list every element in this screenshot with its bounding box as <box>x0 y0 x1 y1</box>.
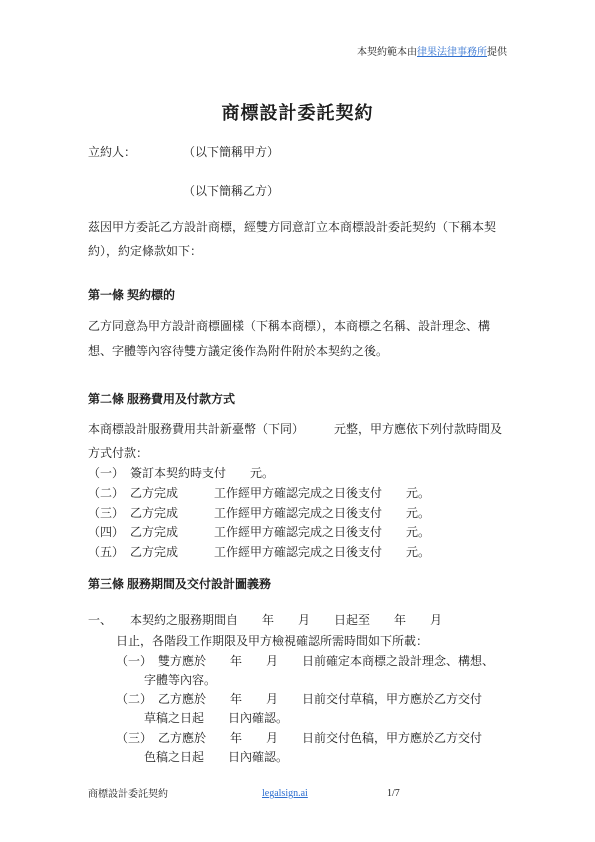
footer-doc-name: 商標設計委託契約 <box>88 788 168 801</box>
party-a-note: （以下簡稱甲方） <box>183 145 279 160</box>
payment-item-1: （一） 簽訂本契約時支付 元。 <box>88 466 274 481</box>
article2-intro-line-2: 方式付款： <box>88 446 148 461</box>
article1-line-1: 乙方同意為甲方設計商標圖樣（下稱本商標），本商標之名稱、設計理念、構 <box>88 319 490 334</box>
article2-heading: 第二條 服務費用及付款方式 <box>88 392 235 407</box>
provider-link[interactable]: 律果法律事務所 <box>417 47 487 58</box>
article3-subitem-2-line-1: （二） 乙方應於 年 月 日前交付草稿，甲方應於乙方交付 <box>116 692 482 707</box>
page-number: 1/7 <box>387 787 400 800</box>
article3-heading: 第三條 服務期間及交付設計圖義務 <box>88 577 271 592</box>
payment-item-5: （五） 乙方完成 工作經甲方確認完成之日後支付 元。 <box>88 545 430 560</box>
article3-subitem-3-line-1: （三） 乙方應於 年 月 日前交付色稿，甲方應於乙方交付 <box>116 731 482 746</box>
article1-line-2: 想、字體等內容待雙方議定後作為附件附於本契約之後。 <box>88 344 388 359</box>
payment-item-4: （四） 乙方完成 工作經甲方確認完成之日後支付 元。 <box>88 525 430 540</box>
document-title: 商標設計委託契約 <box>0 99 595 125</box>
header-attribution-suffix: 提供 <box>487 47 507 58</box>
party-label: 立約人： <box>88 145 136 160</box>
party-b-note: （以下簡稱乙方） <box>183 184 279 199</box>
article3-clause1-line-1: 一、 本契約之服務期間自 年 月 日起至 年 月 <box>88 613 442 628</box>
article3-subitem-2-line-2: 草稿之日起 日內確認。 <box>144 711 288 726</box>
article3-clause1-line-2: 日止，各階段工作期限及甲方檢視確認所需時間如下所載： <box>116 634 428 649</box>
article3-subitem-1-line-2: 字體等內容。 <box>144 673 216 688</box>
preamble-line-1: 茲因甲方委託乙方設計商標，經雙方同意訂立本商標設計委託契約（下稱本契 <box>88 220 496 235</box>
article1-heading: 第一條 契約標的 <box>88 288 175 303</box>
header-attribution: 本契約範本由律果法律事務所提供 <box>357 43 507 58</box>
preamble-line-2: 約），約定條款如下： <box>88 244 202 259</box>
article2-intro-line-1: 本商標設計服務費用共計新臺幣（下同） 元整，甲方應依下列付款時間及 <box>88 422 502 437</box>
header-attribution-prefix: 本契約範本由 <box>357 47 417 58</box>
payment-item-3: （三） 乙方完成 工作經甲方確認完成之日後支付 元。 <box>88 506 430 521</box>
document-page: 本契約範本由律果法律事務所提供 商標設計委託契約 立約人： （以下簡稱甲方） （… <box>0 0 595 842</box>
payment-item-2: （二） 乙方完成 工作經甲方確認完成之日後支付 元。 <box>88 486 430 501</box>
article3-subitem-3-line-2: 色稿之日起 日內確認。 <box>144 750 288 765</box>
article3-subitem-1-line-1: （一） 雙方應於 年 月 日前確定本商標之設計理念、構想、 <box>116 654 494 669</box>
footer-site-link[interactable]: legalsign.ai <box>262 787 308 800</box>
